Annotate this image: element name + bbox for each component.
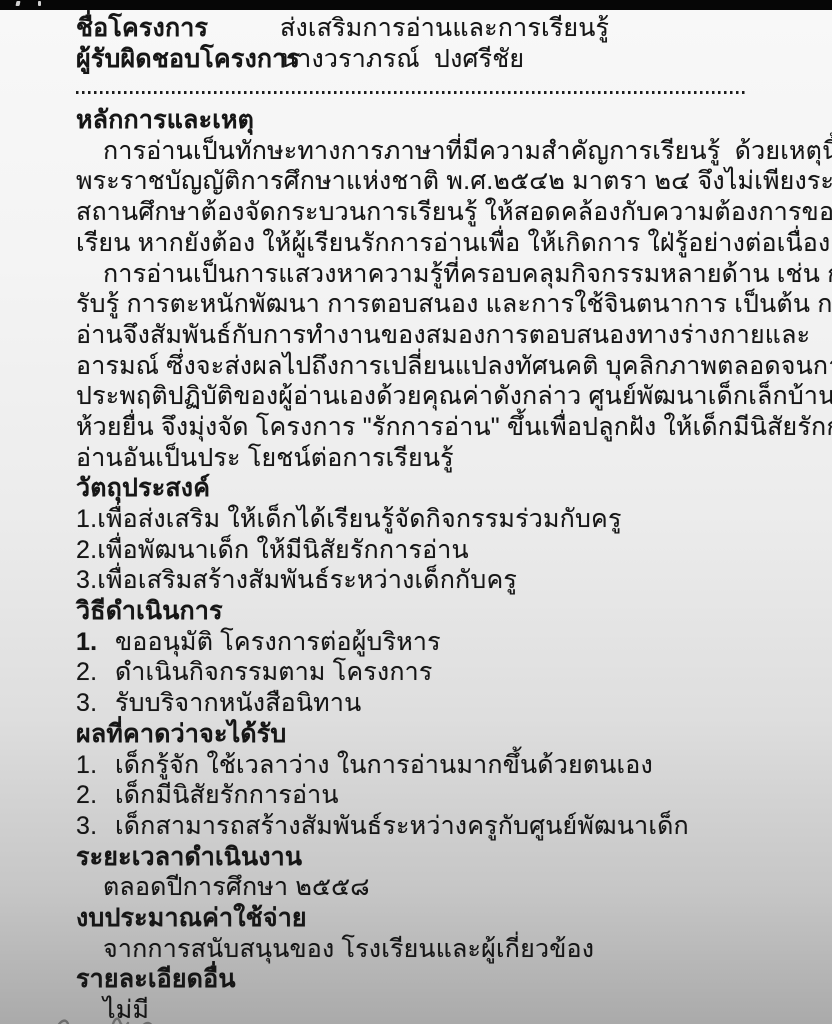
responsible-person-label: ผู้รับผิดชอบโครงการ bbox=[76, 44, 280, 75]
principle-line: ประพฤติปฏิบัติของผู้อ่านเองด้วยคุณค่าดัง… bbox=[0, 381, 832, 412]
method-item-number: 3. bbox=[76, 688, 115, 719]
topbar-artifact-mark bbox=[38, 1, 41, 6]
outcome-item-text: เด็กรู้จัก ใช้เวลาว่าง ในการอ่านมากขึ้นด… bbox=[115, 750, 653, 781]
principle-line: การอ่านเป็นการแสวงหาความรู้ที่ครอบคลุมกิ… bbox=[0, 259, 832, 290]
duration-value: ตลอดปีการศึกษา ๒๕๕๘ bbox=[0, 872, 832, 903]
topbar-artifact-mark bbox=[15, 1, 20, 6]
outcome-item: 1. เด็กรู้จัก ใช้เวลาว่าง ในการอ่านมากขึ… bbox=[0, 750, 832, 781]
section-title-other-details: รายละเอียดอื่น bbox=[0, 964, 832, 995]
principle-line: เรียน หากยังต้อง ให้ผู้เรียนรักการอ่านเพ… bbox=[0, 228, 832, 259]
method-item-number: 1. bbox=[76, 627, 115, 658]
section-title-budget: งบประมาณค่าใช้จ่าย bbox=[0, 903, 832, 934]
method-item-text: ขออนุมัติ โครงการต่อผู้บริหาร bbox=[115, 627, 441, 658]
principle-line: รับรู้ การตะหนักพัฒนา การตอบสนอง และการใ… bbox=[0, 289, 832, 320]
section-title-principle: หลักการและเหตุ bbox=[0, 105, 832, 136]
section-title-duration: ระยะเวลาดำเนินงาน bbox=[0, 842, 832, 873]
section-title-objectives: วัตถุประสงค์ bbox=[0, 473, 832, 504]
method-item: 2. ดำเนินกิจกรรมตาม โครงการ bbox=[0, 657, 832, 688]
project-name-label: ชื่อโครงการ bbox=[76, 13, 280, 44]
outcome-item-text: เด็กสามารถสร้างสัมพันธ์ระหว่างครูกับศูนย… bbox=[115, 811, 689, 842]
principle-line: พระราชบัญญัติการศึกษาแห่งชาติ พ.ศ.๒๕๔๒ ม… bbox=[0, 166, 832, 197]
principle-line: อ่านอันเป็นประ โยชน์ต่อการเรียนรู้ bbox=[0, 443, 832, 474]
principle-line: สถานศึกษาต้องจัดกระบวนการเรียนรู้ ให้สอด… bbox=[0, 197, 832, 228]
objective-item: 3.เพื่อเสริมสร้างสัมพันธ์ระหว่างเด็กกับค… bbox=[0, 565, 832, 596]
outcome-item: 3. เด็กสามารถสร้างสัมพันธ์ระหว่างครูกับศ… bbox=[0, 811, 832, 842]
method-item: 3. รับบริจากหนังสือนิทาน bbox=[0, 688, 832, 719]
dotted-divider bbox=[76, 91, 748, 94]
section-title-outcomes: ผลที่คาดว่าจะได้รับ bbox=[0, 719, 832, 750]
responsible-person-value: นางวราภรณ์ ปงศรีชัย bbox=[280, 44, 524, 75]
principle-line: ห้วยยื่น จึงมุ่งจัด โครงการ "รักการอ่าน"… bbox=[0, 412, 832, 443]
method-item-number: 2. bbox=[76, 657, 115, 688]
project-document-page: ชื่อโครงการ ส่งเสริมการอ่านและการเรียนรู… bbox=[0, 13, 832, 1024]
principle-line: อารมณ์ ซึ่งจะส่งผลไปถึงการเปลี่ยนแปลงทัศ… bbox=[0, 351, 832, 382]
outcome-item-number: 3. bbox=[76, 811, 115, 842]
objective-item: 1.เพื่อส่งเสริม ให้เด็กได้เรียนรู้จัดกิจ… bbox=[0, 504, 832, 535]
budget-value: จากการสนับสนุนของ โรงเรียนและผู้เกี่ยวข้… bbox=[0, 934, 832, 965]
dotted-divider-row bbox=[0, 74, 832, 105]
method-item-text: ดำเนินกิจกรรมตาม โครงการ bbox=[115, 657, 433, 688]
principle-line: การอ่านเป็นทักษะทางการภาษาที่มีความสำคัญ… bbox=[0, 136, 832, 167]
method-item-text: รับบริจากหนังสือนิทาน bbox=[115, 688, 361, 719]
outcome-item: 2. เด็กมีนิสัยรักการอ่าน bbox=[0, 780, 832, 811]
section-title-methods: วิธีดำเนินการ bbox=[0, 596, 832, 627]
signature-fragment bbox=[52, 1010, 222, 1024]
responsible-person-row: ผู้รับผิดชอบโครงการ นางวราภรณ์ ปงศรีชัย bbox=[0, 44, 832, 75]
video-top-bar bbox=[0, 0, 832, 10]
outcome-item-text: เด็กมีนิสัยรักการอ่าน bbox=[115, 780, 339, 811]
principle-line: อ่านจึงสัมพันธ์กับการทำงานของสมองการตอบส… bbox=[0, 320, 832, 351]
project-name-row: ชื่อโครงการ ส่งเสริมการอ่านและการเรียนรู… bbox=[0, 13, 832, 44]
method-item: 1. ขออนุมัติ โครงการต่อผู้บริหาร bbox=[0, 627, 832, 658]
outcome-item-number: 1. bbox=[76, 750, 115, 781]
objective-item: 2.เพื่อพัฒนาเด็ก ให้มีนิสัยรักการอ่าน bbox=[0, 535, 832, 566]
project-name-value: ส่งเสริมการอ่านและการเรียนรู้ bbox=[280, 13, 609, 44]
outcome-item-number: 2. bbox=[76, 780, 115, 811]
